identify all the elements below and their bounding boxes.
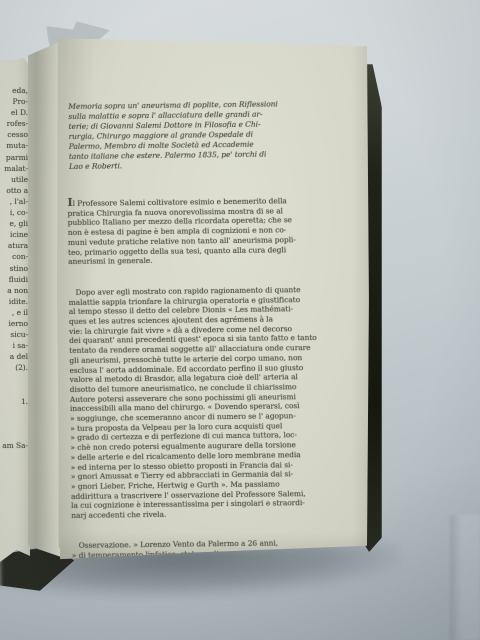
left-page-text-fragments: eda, Pro- el D. rofes- cesso muta- parmi… bbox=[2, 85, 28, 451]
body-paragraph-1: Il Professore Salemi coltivatore esimio … bbox=[67, 195, 320, 267]
background-surface-seam bbox=[450, 515, 480, 640]
left-page-partial: eda, Pro- el D. rofes- cesso muta- parmi… bbox=[0, 58, 30, 562]
page-text-column: Memoria sopra un' aneurisma di poplite, … bbox=[66, 81, 324, 564]
right-page: Memoria sopra un' aneurisma di poplite, … bbox=[56, 28, 374, 564]
body-paragraph-2: Dopo aver egli mostrato con rapido ragio… bbox=[68, 285, 323, 521]
book-photo-scene: eda, Pro- el D. rofes- cesso muta- parmi… bbox=[0, 0, 480, 640]
review-heading-paragraph: Memoria sopra un' aneurisma di poplite, … bbox=[68, 99, 319, 172]
